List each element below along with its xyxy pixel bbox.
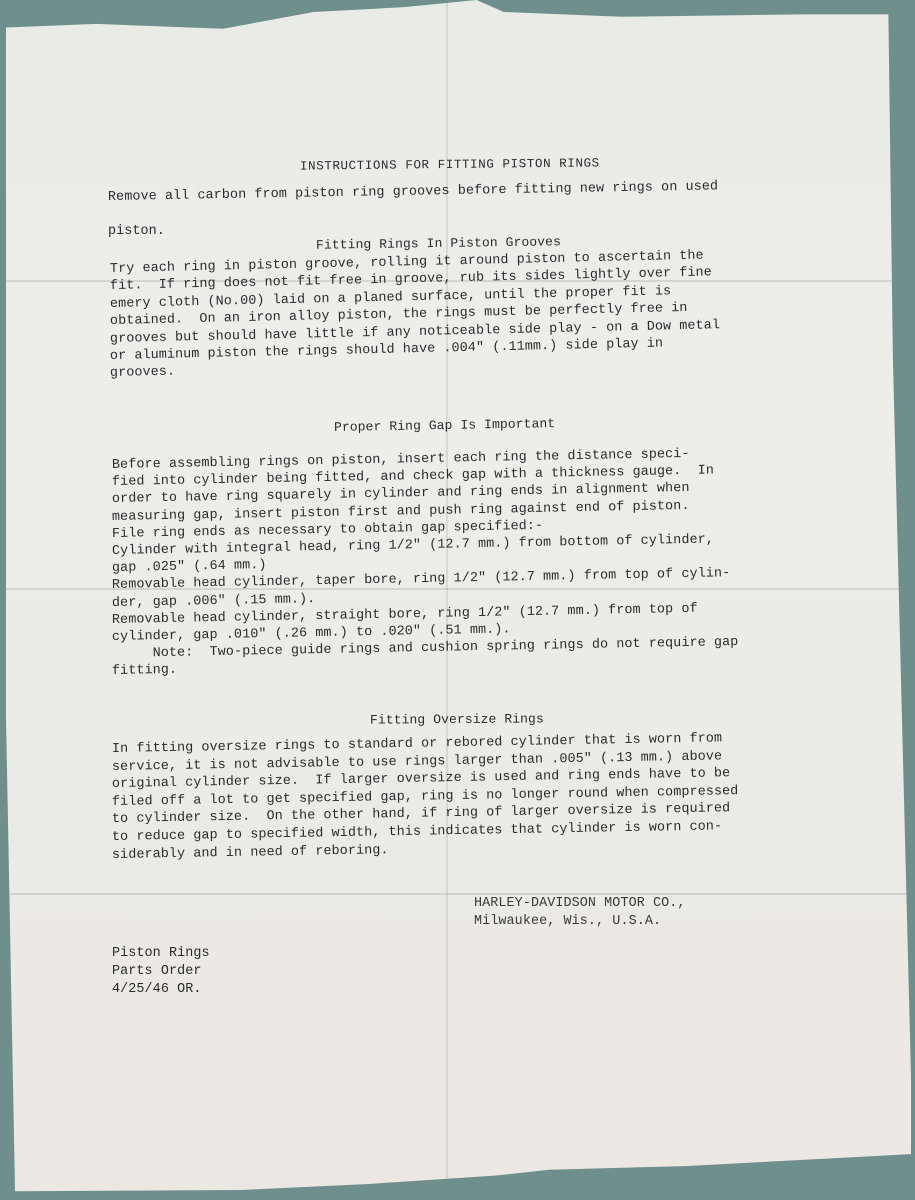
section-heading: Fitting Rings In Piston Grooves xyxy=(316,234,561,252)
intro-line: piston. xyxy=(108,224,165,239)
signature-location: Milwaukee, Wis., U.S.A. xyxy=(474,914,661,929)
signature-company: HARLEY-DAVIDSON MOTOR CO., xyxy=(474,896,686,911)
typed-document: INSTRUCTIONS FOR FITTING PISTON RINGS Re… xyxy=(0,0,915,1200)
intro-line: Remove all carbon from piston ring groov… xyxy=(108,179,718,205)
body-line: grooves. xyxy=(110,365,175,381)
body-line: gap .025" (.64 mm.) xyxy=(112,558,267,576)
footer-line: 4/25/46 OR. xyxy=(112,982,202,997)
body-line: siderably and in need of reboring. xyxy=(112,843,389,863)
body-line: fitting. xyxy=(112,663,177,679)
document-title: INSTRUCTIONS FOR FITTING PISTON RINGS xyxy=(300,156,600,173)
body-line: der, gap .006" (.15 mm.). xyxy=(112,592,316,611)
footer-line: Piston Rings xyxy=(112,946,210,961)
section-heading: Proper Ring Gap Is Important xyxy=(334,416,555,435)
section-heading: Fitting Oversize Rings xyxy=(370,711,544,727)
footer-line: Parts Order xyxy=(112,964,202,979)
